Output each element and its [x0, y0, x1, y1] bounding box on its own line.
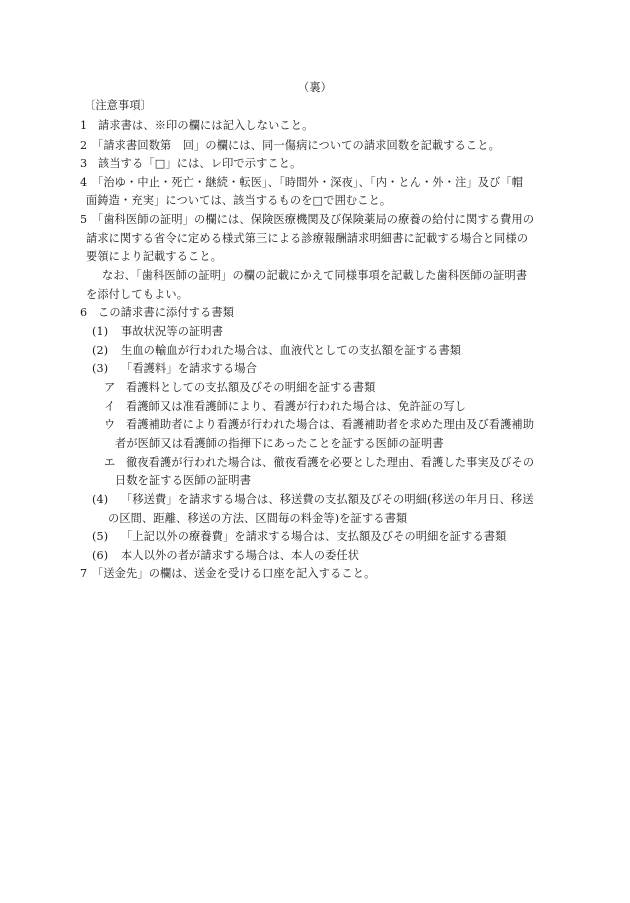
subitem-3e-text-line-1: 徹夜看護が行われた場合は、徹夜看護を必要とした理由、看護した事実及びその — [126, 456, 534, 470]
item-2-text: 「請求書回数第 回」の欄には、同一傷病についての請求回数を記載すること。 — [92, 139, 500, 153]
item-5-text-line-2: 請求に関する省令に定める様式第三による診療報酬請求明細書に記載する場合と同様の — [86, 232, 528, 246]
subitem-3e-text-line-2: 日数を証する医師の証明書 — [115, 474, 251, 488]
document-page: （裏） 〔注意事項〕 1 請求書は、※印の欄には記入しないこと。 2 「請求書回… — [0, 0, 630, 903]
item-3-text: 該当する「□」には、レ印で示すこと。 — [98, 157, 301, 171]
subitem-2-number: (2) — [92, 344, 108, 358]
item-4-text-line-1: 「治ゆ・中止・死亡・継続・転医」、「時間外・深夜」、「内・とん・外・注」及び「帽 — [92, 176, 523, 190]
subitem-4-number: (4) — [92, 493, 108, 507]
item-4-text-line-2: 面鋳造・充実」については、該当するものを□で囲むこと。 — [86, 194, 391, 208]
subitem-3i-number: イ — [104, 400, 115, 414]
section-heading: 〔注意事項〕 — [84, 99, 152, 113]
subitem-3e-number: エ — [104, 456, 115, 470]
item-1-number: 1 — [80, 119, 87, 133]
subitem-3u-text-line-2: 者が医師又は看護師の指揮下にあったことを証する医師の証明書 — [115, 437, 444, 451]
item-6-number: 6 — [80, 306, 87, 320]
subitem-3a-number: ア — [104, 381, 115, 395]
subitem-4-text-line-2: の区間、距離、移送の方法、区間毎の料金等)を証する書類 — [108, 512, 407, 526]
page-title: （裏） — [0, 81, 630, 95]
subitem-3i-text: 看護師又は准看護師により、看護が行われた場合は、免許証の写し — [126, 400, 466, 414]
item-3-number: 3 — [80, 157, 87, 171]
subitem-3u-text-line-1: 看護補助者により看護が行われた場合は、看護補助者を求めた理由及び看護補助 — [126, 418, 534, 432]
subitem-3-text: 「看護料」を請求する場合 — [121, 362, 257, 376]
subitem-4-text-line-1: 「移送費」を請求する場合は、移送費の支払額及びその明細(移送の年月日、移送 — [121, 493, 534, 507]
subitem-5-number: (5) — [92, 530, 108, 544]
item-5-note-line-2: を添付してもよい。 — [86, 288, 188, 302]
item-7-number: 7 — [80, 567, 87, 581]
subitem-3a-text: 看護料としての支払額及びその明細を証する書類 — [126, 381, 375, 395]
item-5-text-line-1: 「歯科医師の証明」の欄には、保険医療機関及び保険薬局の療養の給付に関する費用の — [92, 213, 534, 227]
item-1-text: 請求書は、※印の欄には記入しないこと。 — [98, 119, 313, 133]
subitem-6-number: (6) — [92, 549, 108, 563]
subitem-1-number: (1) — [92, 325, 108, 339]
item-5-number: 5 — [80, 213, 87, 227]
subitem-3-number: (3) — [92, 362, 108, 376]
subitem-3u-number: ウ — [104, 418, 115, 432]
item-5-note-line-1: なお、「歯科医師の証明」の欄の記載にかえて同様事項を記載した歯科医師の証明書 — [102, 269, 527, 283]
item-4-number: 4 — [80, 176, 87, 190]
item-5-text-line-3: 要領により記載すること。 — [86, 250, 222, 264]
subitem-6-text: 本人以外の者が請求する場合は、本人の委任状 — [121, 549, 359, 563]
subitem-2-text: 生血の輸血が行われた場合は、血液代としての支払額を証する書類 — [121, 344, 461, 358]
item-7-text: 「送金先」の欄は、送金を受ける口座を記入すること。 — [92, 567, 375, 581]
subitem-5-text: 「上記以外の療養費」を請求する場合は、支払額及びその明細を証する書類 — [121, 530, 506, 544]
item-2-number: 2 — [80, 139, 87, 153]
subitem-1-text: 事故状況等の証明書 — [121, 325, 223, 339]
item-6-text: この請求書に添付する書類 — [98, 306, 234, 320]
